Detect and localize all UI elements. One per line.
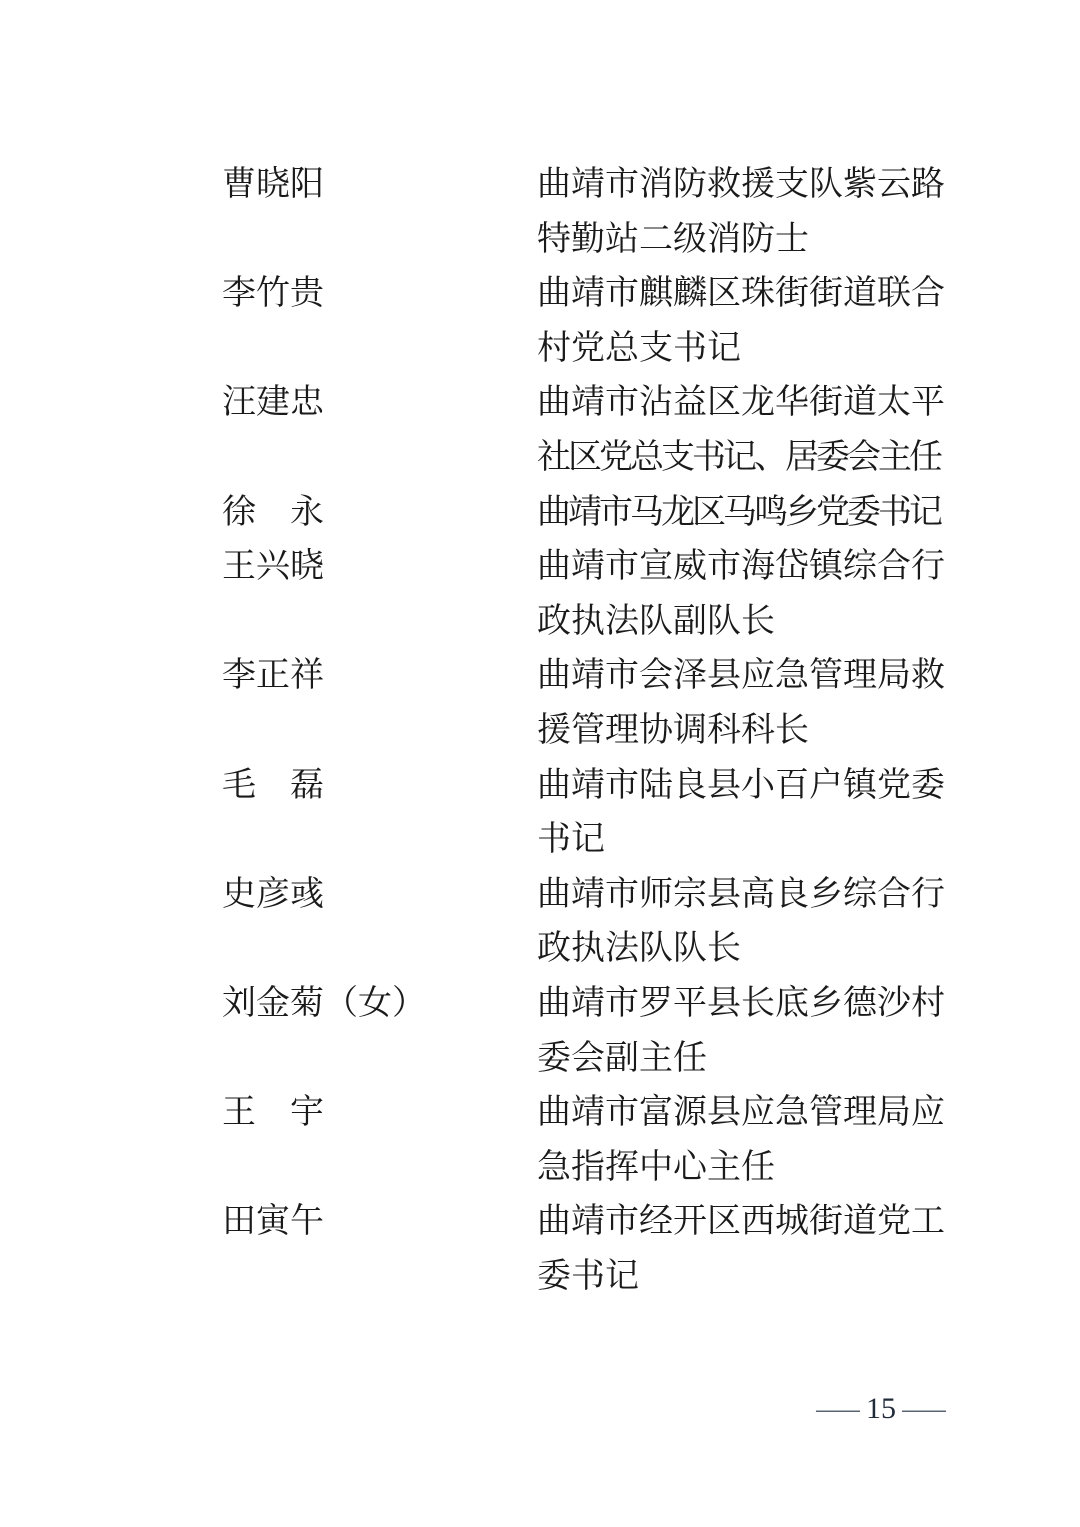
entry-name: 王 宇: [222, 1086, 537, 1141]
document-page: 曹晓阳曲靖市消防救援支队紫云路特勤站二级消防士李竹贵曲靖市麒麟区珠街街道联合村党…: [0, 0, 1080, 1527]
page-number: 15: [866, 1390, 896, 1428]
entry-position: 曲靖市沾益区龙华街道太平社区党总支书记、居委会主任: [537, 376, 957, 485]
page-number-dash-right: —: [902, 1390, 946, 1428]
position-line: 曲靖市宣威市海岱镇综合行: [537, 540, 957, 595]
entry-name: 史彦彧: [222, 868, 537, 923]
entry-row: 李竹贵曲靖市麒麟区珠街街道联合村党总支书记: [222, 267, 957, 376]
award-recipient-list: 曹晓阳曲靖市消防救援支队紫云路特勤站二级消防士李竹贵曲靖市麒麟区珠街街道联合村党…: [222, 158, 957, 1304]
entry-position: 曲靖市富源县应急管理局应急指挥中心主任: [537, 1086, 957, 1195]
entry-row: 曹晓阳曲靖市消防救援支队紫云路特勤站二级消防士: [222, 158, 957, 267]
position-line: 急指挥中心主任: [537, 1141, 957, 1196]
position-line: 社区党总支书记、居委会主任: [537, 431, 957, 486]
position-line: 委会副主任: [537, 1032, 957, 1087]
position-line: 曲靖市消防救援支队紫云路: [537, 158, 957, 213]
position-line: 政执法队副队长: [537, 595, 957, 650]
entry-row: 汪建忠曲靖市沾益区龙华街道太平社区党总支书记、居委会主任: [222, 376, 957, 485]
position-line: 政执法队队长: [537, 922, 957, 977]
entry-position: 曲靖市麒麟区珠街街道联合村党总支书记: [537, 267, 957, 376]
position-line: 曲靖市经开区西城街道党工: [537, 1195, 957, 1250]
position-line: 曲靖市罗平县长底乡德沙村: [537, 977, 957, 1032]
position-line: 村党总支书记: [537, 322, 957, 377]
position-line: 曲靖市马龙区马鸣乡党委书记: [537, 486, 957, 541]
entry-position: 曲靖市经开区西城街道党工委书记: [537, 1195, 957, 1304]
entry-position: 曲靖市罗平县长底乡德沙村委会副主任: [537, 977, 957, 1086]
entry-row: 徐 永曲靖市马龙区马鸣乡党委书记: [222, 486, 957, 541]
entry-position: 曲靖市马龙区马鸣乡党委书记: [537, 486, 957, 541]
position-line: 曲靖市沾益区龙华街道太平: [537, 376, 957, 431]
position-line: 曲靖市富源县应急管理局应: [537, 1086, 957, 1141]
entry-row: 史彦彧曲靖市师宗县高良乡综合行政执法队队长: [222, 868, 957, 977]
position-line: 书记: [537, 813, 957, 868]
position-line: 曲靖市陆良县小百户镇党委: [537, 759, 957, 814]
page-footer: — 15 —: [823, 1390, 939, 1428]
entry-name: 曹晓阳: [222, 158, 537, 213]
position-line: 曲靖市会泽县应急管理局救: [537, 649, 957, 704]
entry-row: 李正祥曲靖市会泽县应急管理局救援管理协调科科长: [222, 649, 957, 758]
entry-row: 王兴晓曲靖市宣威市海岱镇综合行政执法队副队长: [222, 540, 957, 649]
entry-name: 毛 磊: [222, 759, 537, 814]
entry-row: 田寅午曲靖市经开区西城街道党工委书记: [222, 1195, 957, 1304]
position-line: 委书记: [537, 1250, 957, 1305]
entry-name: 刘金菊（女）: [222, 977, 537, 1032]
entry-name: 李竹贵: [222, 267, 537, 322]
entry-name: 汪建忠: [222, 376, 537, 431]
entry-position: 曲靖市消防救援支队紫云路特勤站二级消防士: [537, 158, 957, 267]
entry-position: 曲靖市会泽县应急管理局救援管理协调科科长: [537, 649, 957, 758]
page-number-dash-left: —: [816, 1390, 860, 1428]
position-line: 援管理协调科科长: [537, 704, 957, 759]
entry-position: 曲靖市宣威市海岱镇综合行政执法队副队长: [537, 540, 957, 649]
entry-position: 曲靖市师宗县高良乡综合行政执法队队长: [537, 868, 957, 977]
entry-name: 李正祥: [222, 649, 537, 704]
position-line: 曲靖市师宗县高良乡综合行: [537, 868, 957, 923]
entry-position: 曲靖市陆良县小百户镇党委书记: [537, 759, 957, 868]
entry-name: 徐 永: [222, 486, 537, 541]
position-line: 曲靖市麒麟区珠街街道联合: [537, 267, 957, 322]
entry-name: 田寅午: [222, 1195, 537, 1250]
entry-row: 刘金菊（女）曲靖市罗平县长底乡德沙村委会副主任: [222, 977, 957, 1086]
entry-row: 王 宇曲靖市富源县应急管理局应急指挥中心主任: [222, 1086, 957, 1195]
position-line: 特勤站二级消防士: [537, 213, 957, 268]
entry-name: 王兴晓: [222, 540, 537, 595]
entry-row: 毛 磊曲靖市陆良县小百户镇党委书记: [222, 759, 957, 868]
